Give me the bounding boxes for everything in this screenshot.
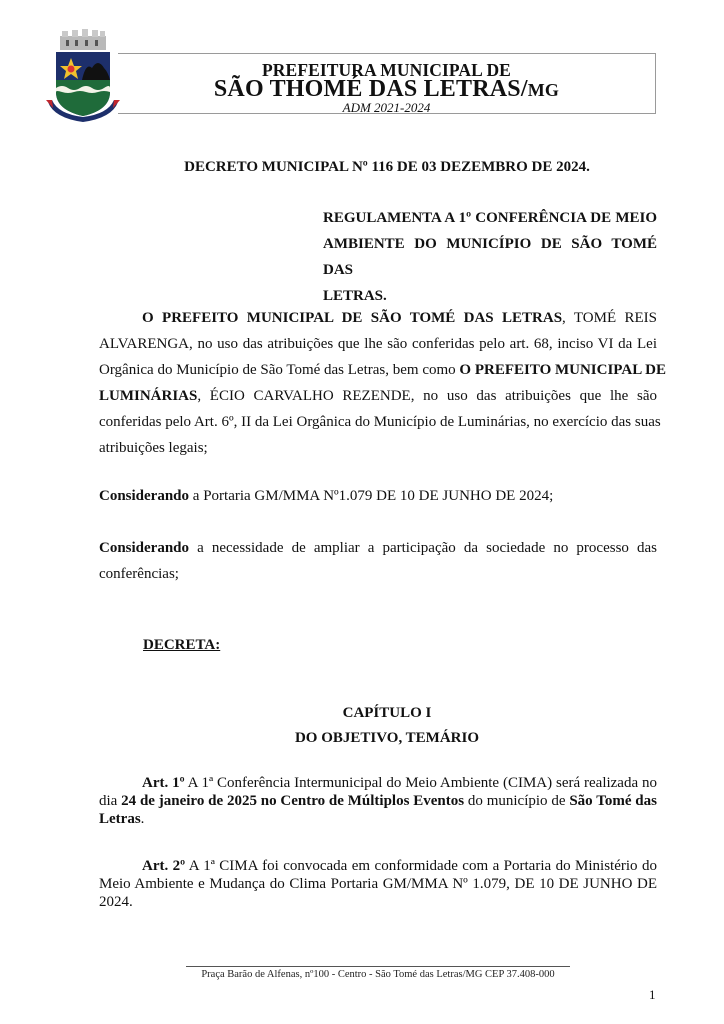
text-line: 2024. [99, 893, 657, 911]
ementa-line: AMBIENTE DO MUNICÍPIO DE SÃO TOMÉ DAS [323, 231, 657, 283]
text-run: A 1ª Conferência Intermunicipal do Meio … [185, 775, 657, 791]
state-abbrev: MG [528, 80, 559, 100]
document-page: PREFEITURA MUNICIPAL DE SÃO THOMÉ DAS LE… [0, 0, 724, 1024]
text-run: dia [99, 793, 121, 809]
luminarias-bold: LUMINÁRIAS [99, 388, 197, 404]
municipal-crest-icon [44, 28, 122, 126]
text-run: a necessidade de ampliar a participação … [189, 540, 657, 556]
considerando-label: Considerando [99, 540, 189, 556]
footer-address: Praça Barão de Alfenas, nº100 - Centro -… [186, 969, 570, 980]
text-line: atribuições legais; [99, 435, 657, 461]
letterhead-box: PREFEITURA MUNICIPAL DE SÃO THOMÉ DAS LE… [118, 53, 656, 114]
municipality-name: SÃO THOMÉ DAS LETRAS/ [214, 76, 528, 102]
text-run: A 1ª CIMA foi convocada em conformidade … [185, 858, 657, 874]
chapter-title: DO OBJETIVO, TEMÁRIO [0, 730, 724, 747]
decreta-heading: DECRETA: [143, 637, 220, 654]
letterhead-municipality: SÃO THOMÉ DAS LETRAS/MG [118, 76, 655, 103]
article-label: Art. 2º [142, 858, 185, 874]
municipality-bold: Letras [99, 811, 141, 827]
chapter-number: CAPÍTULO I [0, 705, 724, 722]
article-label: Art. 1º [142, 775, 185, 791]
mayor-title-sao-tome: O PREFEITO MUNICIPAL DE SÃO TOMÉ DAS LET… [142, 310, 562, 326]
considerando-label: Considerando [99, 488, 189, 504]
municipality-bold: São Tomé das [569, 793, 657, 809]
text-run: . [141, 811, 145, 827]
article-1: Art. 1º A 1ª Conferência Intermunicipal … [99, 774, 657, 828]
preamble-paragraph: O PREFEITO MUNICIPAL DE SÃO TOMÉ DAS LET… [99, 305, 657, 461]
text-run: Orgânica do Município de São Tomé das Le… [99, 362, 459, 378]
considerando-1: Considerando a Portaria GM/MMA Nº1.079 D… [99, 483, 657, 509]
text-run: , ÉCIO CARVALHO REZENDE, no uso das atri… [197, 388, 657, 404]
letterhead-administration: ADM 2021-2024 [118, 100, 655, 116]
text-run: a Portaria GM/MMA Nº1.079 DE 10 DE JUNHO… [189, 488, 553, 504]
text-line: Meio Ambiente e Mudança do Clima Portari… [99, 875, 657, 893]
considerando-2: Considerando a necessidade de ampliar a … [99, 535, 657, 587]
article-2: Art. 2º A 1ª CIMA foi convocada em confo… [99, 857, 657, 911]
decree-ementa: REGULAMENTA A 1º CONFERÊNCIA DE MEIO AMB… [323, 205, 657, 309]
text-run: , TOMÉ REIS [562, 310, 657, 326]
page-number: 1 [649, 987, 656, 1003]
decree-title: DECRETO MUNICIPAL Nº 116 DE 03 DEZEMBRO … [0, 159, 724, 176]
text-run: do município de [464, 793, 569, 809]
text-line: conferidas pelo Art. 6º, II da Lei Orgân… [99, 409, 657, 435]
text-line: conferências; [99, 561, 657, 587]
ementa-line: REGULAMENTA A 1º CONFERÊNCIA DE MEIO [323, 205, 657, 231]
event-date-venue: 24 de janeiro de 2025 no Centro de Múlti… [121, 793, 464, 809]
footer-divider [186, 966, 570, 967]
text-line: ALVARENGA, no uso das atribuições que lh… [99, 331, 657, 357]
mayor-title-luminarias: O PREFEITO MUNICIPAL DE [459, 362, 666, 378]
